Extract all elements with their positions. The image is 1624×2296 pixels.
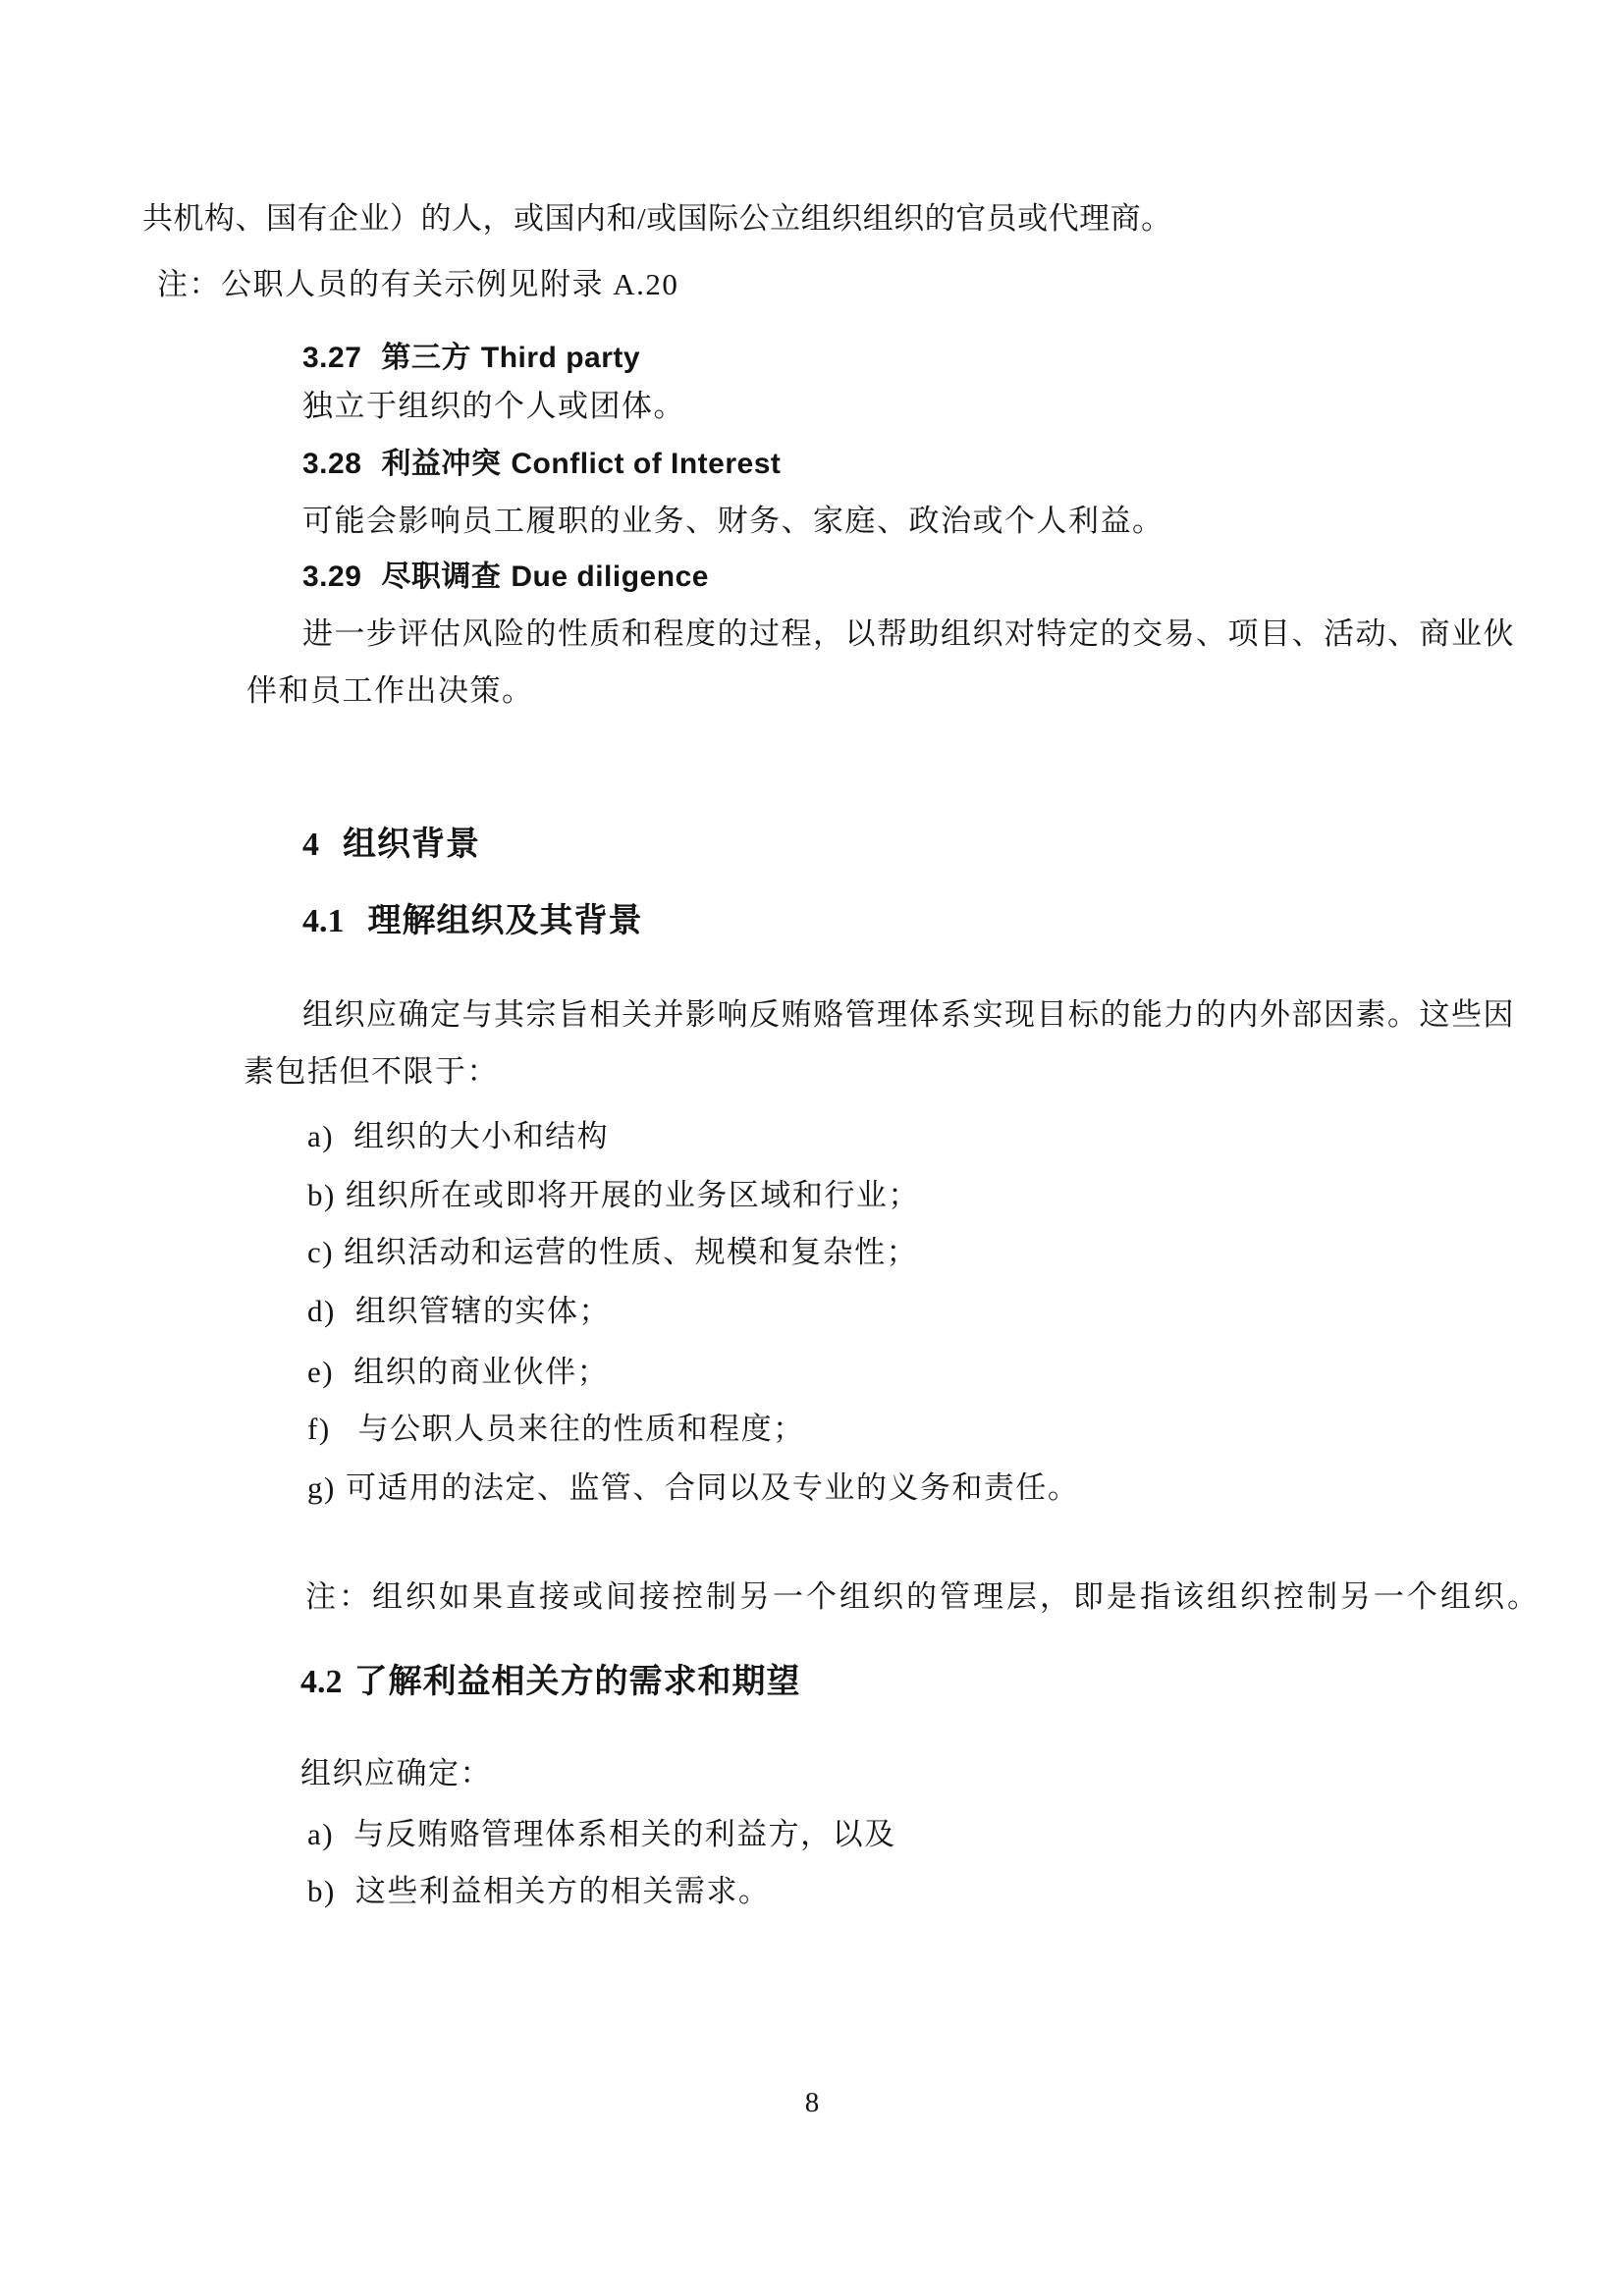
page-number: 8: [0, 2087, 1624, 2119]
term-title-en: Third party: [481, 342, 640, 374]
list-item-label: b): [307, 1178, 336, 1213]
list-item-label: g): [307, 1470, 336, 1506]
list-item-text: 组织的商业伙伴；: [353, 1355, 609, 1389]
document-page: 共机构、国有企业）的人，或国内和/或国际公立组织组织的官员或代理商。 注：公职人…: [0, 0, 1624, 2296]
section-heading-4: 4组织背景: [302, 826, 480, 864]
list-item-g: g)可适用的法定、监管、合同以及专业的义务和责任。: [307, 1470, 1079, 1506]
section-heading-4-1: 4.1理解组织及其背景: [302, 902, 643, 940]
list-item-text: 这些利益相关方的相关需求。: [355, 1874, 771, 1908]
section-4-1-paragraph-line2: 素包括但不限于：: [244, 1054, 499, 1090]
section-number: 4.2: [300, 1664, 343, 1700]
term-number: 3.27: [302, 342, 361, 374]
section-title: 了解利益相关方的需求和期望: [354, 1663, 801, 1700]
section-4-2-paragraph: 组织应确定：: [300, 1756, 492, 1791]
list-item-b: b)这些利益相关方的相关需求。: [307, 1874, 770, 1909]
list-item-e: e)组织的商业伙伴；: [307, 1355, 609, 1390]
term-heading-3-28: 3.28利益冲突Conflict of Interest: [302, 448, 781, 482]
list-item-text: 组织所在或即将开展的业务区域和行业；: [346, 1178, 920, 1212]
term-definition-3-29-line2: 伴和员工作出决策。: [246, 673, 534, 709]
section-title: 组织背景: [343, 826, 480, 863]
term-number: 3.28: [302, 448, 361, 480]
term-definition-3-29-line1: 进一步评估风险的性质和程度的过程，以帮助组织对特定的交易、项目、活动、商业伙: [302, 616, 1515, 652]
list-item-label: c): [307, 1235, 334, 1270]
list-item-label: a): [307, 1817, 334, 1852]
term-number: 3.29: [302, 561, 361, 593]
note-control-of-organization: 注：组织如果直接或间接控制另一个组织的管理层，即是指该组织控制另一个组织。: [305, 1579, 1541, 1615]
list-item-label: d): [307, 1294, 336, 1329]
list-item-f: f)与公职人员来往的性质和程度；: [307, 1412, 805, 1447]
paragraph-continuation: 共机构、国有企业）的人，或国内和/或国际公立组织组织的官员或代理商。: [142, 201, 1172, 237]
note-public-official-examples: 注：公职人员的有关示例见附录 A.20: [157, 267, 678, 302]
list-item-text: 与反贿赂管理体系相关的利益方，以及: [353, 1817, 896, 1851]
list-item-d: d)组织管辖的实体；: [307, 1294, 611, 1329]
term-definition-3-27: 独立于组织的个人或团体。: [302, 389, 685, 424]
list-item-text: 组织管辖的实体；: [355, 1294, 611, 1328]
list-item-label: b): [307, 1874, 336, 1909]
term-title-en: Due diligence: [511, 561, 709, 593]
list-item-text: 组织的大小和结构: [353, 1119, 609, 1153]
list-item-b: b)组织所在或即将开展的业务区域和行业；: [307, 1178, 920, 1213]
page-number-value: 8: [805, 2087, 820, 2118]
term-title-zh: 第三方: [381, 342, 471, 374]
list-item-label: e): [307, 1355, 334, 1390]
section-number: 4.1: [302, 903, 345, 939]
term-heading-3-29: 3.29尽职调查Due diligence: [302, 561, 709, 595]
list-item-text: 组织活动和运营的性质、规模和复杂性；: [344, 1235, 918, 1269]
section-number: 4: [302, 827, 319, 863]
list-item-label: a): [307, 1119, 334, 1154]
term-title-zh: 利益冲突: [381, 448, 501, 480]
term-title-en: Conflict of Interest: [511, 448, 781, 480]
list-item-text: 可适用的法定、监管、合同以及专业的义务和责任。: [346, 1470, 1080, 1505]
section-4-1-paragraph-line1: 组织应确定与其宗旨相关并影响反贿赂管理体系实现目标的能力的内外部因素。这些因: [302, 997, 1515, 1033]
term-title-zh: 尽职调查: [381, 561, 501, 593]
list-item-a: a)组织的大小和结构: [307, 1119, 609, 1154]
list-item-c: c)组织活动和运营的性质、规模和复杂性；: [307, 1235, 918, 1270]
list-item-label: f): [307, 1412, 331, 1447]
term-definition-3-28: 可能会影响员工履职的业务、财务、家庭、政治或个人利益。: [302, 504, 1164, 539]
term-heading-3-27: 3.27第三方Third party: [302, 342, 640, 376]
section-heading-4-2: 4.2了解利益相关方的需求和期望: [300, 1663, 801, 1701]
list-item-a: a)与反贿赂管理体系相关的利益方，以及: [307, 1817, 896, 1852]
list-item-text: 与公职人员来往的性质和程度；: [358, 1412, 805, 1446]
section-title: 理解组织及其背景: [368, 902, 643, 939]
